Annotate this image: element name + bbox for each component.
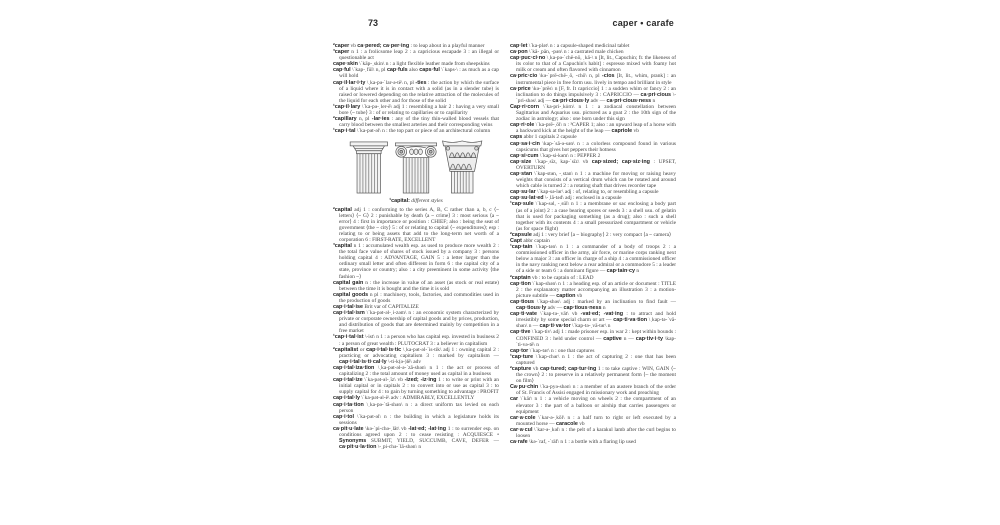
headword: cap·i·tal·ly — [333, 395, 360, 401]
text-columns: ²caper vb ca·pered; ca·per·ing : to leap… — [333, 43, 676, 521]
ionic-capital-icon — [395, 143, 436, 193]
capital-illustration: ¹capital: different styles — [333, 138, 499, 204]
dictionary-entry: car·a·cole \ˈkar-ə-ˌkōl\ n : a half turn… — [510, 415, 676, 427]
headword: cap·i·tal·ise — [333, 304, 363, 310]
right-column: cap·let \ˈka-plət\ n : a capsule-shaped … — [510, 43, 676, 521]
dictionary-entry: cap·i·tal·ism \ˈka-pət-əl-ˌi-zəm\ n : an… — [333, 310, 499, 334]
headword: car·a·cul — [510, 427, 532, 433]
headword: cap·i·ta·tion — [333, 402, 364, 408]
dictionary-entry: car \ˈkär\ n 1 : a vehicle moving on whe… — [510, 396, 676, 414]
dictionary-entry: ¹cap·il·lary \ˈka-pə-ˌler-ē\ adj 1 : res… — [333, 104, 499, 116]
headword: cap·i·tal·ize — [333, 377, 363, 383]
dictionary-entry: cap·i·tol \ˈka-pət-əl\ n : the building … — [333, 414, 499, 426]
headword: ¹cap·tain — [510, 244, 532, 250]
dictionary-entry: cap·i·tal·iza·tion \ˌka-pət-əl-ə-ˈzā-shə… — [333, 365, 499, 377]
headword: capital goods — [333, 292, 368, 298]
headword: cap·tive — [510, 329, 530, 335]
caption-headword: ¹capital: — [389, 198, 410, 204]
headword: cap·sa·i·cin — [510, 141, 540, 147]
dictionary-entry: ²capital adj 1 : conforming to the serie… — [333, 207, 499, 244]
dictionary-entry: cap·sa·i·cin \kap-ˈsā-ə-sən\ n : a color… — [510, 141, 676, 153]
dictionary-entry: ²capitalist or cap·i·tal·is·tic \ˌka-pət… — [333, 347, 499, 365]
headword: ²capsule — [510, 232, 532, 238]
headword: ca·pit·u·late — [333, 426, 364, 432]
headword: cap·let — [510, 43, 527, 49]
headword: cap·il·lar·i·ty — [333, 80, 365, 86]
headword: capital gain — [333, 280, 363, 286]
headword: cap·si·cum — [510, 153, 538, 159]
dictionary-entry: ca·pit·u·late \kə-ˈpi-chə-ˌlāt\ vb -lat·… — [333, 426, 499, 450]
dictionary-entry: ca·rafe \kə-ˈraf, -ˈräf\ n 1 : a bottle … — [510, 439, 676, 445]
dictionary-entry: ²capillary n, pl -lar·ies : any of the t… — [333, 116, 499, 128]
headword: cap·stan — [510, 171, 532, 177]
headword: cap·tion — [510, 281, 531, 287]
dictionary-entry: Ca·pu·chin \ˈka-pyə-shən\ n : a member o… — [510, 384, 676, 396]
dictionary-entry: ¹cap·sule \ˈkap-səl, -ˌsül\ n 1 : a memb… — [510, 201, 676, 231]
dictionary-entry: cap·ri·ole \ˈka-prē-ˌōl\ n : ³CAPER 1; a… — [510, 122, 676, 134]
headword: caps — [510, 134, 522, 140]
dictionary-entry: ca·pric·cio \kə-ˈprē-chē-ˌō, -chō\ n, pl… — [510, 73, 676, 85]
dictionary-entry: ³capital n 1 : accumulated wealth esp. a… — [333, 243, 499, 280]
headword: ²capital — [333, 207, 352, 213]
dictionary-entry: cap·puc·ci·no \ˌka-pə-ˈchē-nō, ˌkä-\ n [… — [510, 55, 676, 73]
dictionary-page: 73 caper • carafe ²caper vb ca·pered; ca… — [333, 0, 677, 525]
dictionary-entry: Cap·ri·corn \ˈka-pri-ˌkȯrn\ n 1 : a zodi… — [510, 104, 676, 122]
dictionary-entry: ²capture vb cap·tured; cap·tur·ing 1 : t… — [510, 366, 676, 384]
corinthian-capital-icon — [443, 141, 482, 193]
headword: ¹cap·il·lary — [333, 104, 360, 110]
dictionary-entry: cap·tious \ˈkap-shəs\ adj : marked by an… — [510, 299, 676, 311]
left-column: ²caper vb ca·pered; ca·per·ing : to leap… — [333, 43, 499, 521]
headword: ²capillary — [333, 116, 357, 122]
left-column-top-entries: ²caper vb ca·pered; ca·per·ing : to leap… — [333, 43, 499, 134]
dictionary-entry: cap·ful \ˈkap-ˌfül\ n, pl cap·fuls also … — [333, 67, 499, 79]
headword: Ca·pu·chin — [510, 384, 538, 390]
page-number: 73 — [368, 18, 378, 28]
dictionary-entry: cap·i·tal·ize \ˈka-pət-əl-ˌīz\ vb -ized;… — [333, 377, 499, 395]
headword: cap·ti·vate — [510, 311, 537, 317]
headword: ¹cap·i·tal·ist — [333, 334, 364, 340]
headword: cap·i·tal·iza·tion — [333, 365, 374, 371]
headword: car·a·cole — [510, 415, 535, 421]
left-column-bottom-entries: ²capital adj 1 : conforming to the serie… — [333, 207, 499, 451]
dictionary-entry: ¹cap·ture \ˈkap-chər\ n 1 : the act of c… — [510, 354, 676, 366]
headword: cap·size — [510, 159, 531, 165]
dictionary-entry: ca·price \kə-ˈprēs\ n [F, fr. It capricc… — [510, 86, 676, 104]
headword: cap·i·tal·ism — [333, 310, 365, 316]
dictionary-entry: cap·tive \ˈkap-tiv\ adj 1 : made prisone… — [510, 329, 676, 347]
dictionary-entry: ¹cap·tain \ˈkap-tən\ n 1 : a commander o… — [510, 244, 676, 274]
dictionary-entry: cap·il·lar·i·ty \ˌka-pə-ˈlar-ə-tē\ n, pl… — [333, 80, 499, 104]
headword: ca·pric·cio — [510, 73, 537, 79]
column-capitals-drawing — [347, 138, 485, 195]
headword: cap·ri·ole — [510, 122, 534, 128]
headword: ¹cap·i·tal — [333, 128, 355, 134]
dictionary-entry: ¹cap·i·tal·ist \-ist\ n 1 : a person who… — [333, 334, 499, 346]
dictionary-entry: cap·i·ta·tion \ˌka-pə-ˈtā-shən\ n : a di… — [333, 402, 499, 414]
dictionary-entry: ¹cap·i·tal \ˈka-pət-əl\ n : the top part… — [333, 128, 499, 134]
dictionary-entry: cap·size \ˈkap-ˌsīz, kap-ˈsīz\ vb cap·si… — [510, 159, 676, 171]
dictionary-entry: ³caper n 1 : a frolicsome leap 2 : a cap… — [333, 49, 499, 61]
doric-capital-icon — [350, 142, 387, 193]
page-header: 73 caper • carafe — [333, 18, 677, 31]
headword: ²capture — [510, 366, 531, 372]
headword: cap·ful — [333, 67, 351, 73]
guide-words: caper • carafe — [613, 18, 675, 28]
headword: cap·i·tol — [333, 414, 354, 420]
headword: car — [510, 396, 518, 402]
headword: ca·price — [510, 86, 531, 92]
caption-text: different styles — [410, 198, 443, 204]
headword: ³capital — [333, 243, 352, 249]
right-column-entries: cap·let \ˈka-plət\ n : a capsule-shaped … — [510, 43, 676, 445]
dictionary-entry: capital goods n pl : machinery, tools, f… — [333, 292, 499, 304]
dictionary-entry: car·a·cul \ˈkar-ə-ˌkəl\ n : the pelt of … — [510, 427, 676, 439]
headword: cap·tor — [510, 348, 528, 354]
illustration-caption: ¹capital: different styles — [333, 198, 499, 205]
headword: ³caper — [333, 49, 349, 55]
dictionary-entry: cap·ti·vate \ˈkap-tə-ˌvāt\ vb -vat·ed; -… — [510, 311, 676, 329]
headword: cap·su·lat·ed — [510, 195, 544, 201]
headword: Cap·ri·corn — [510, 104, 539, 110]
headword: cap·puc·ci·no — [510, 55, 545, 61]
dictionary-entry: capital gain n : the increase in value o… — [333, 280, 499, 292]
headword: ¹cap·ture — [510, 354, 533, 360]
headword: ²captain — [510, 275, 531, 281]
headword: cap·su·lar — [510, 189, 536, 195]
headword: ²capitalist — [333, 347, 358, 353]
headword: cap·tious — [510, 299, 534, 305]
headword: ¹cap·sule — [510, 201, 534, 207]
dictionary-entry: cap·tion \ˈkap-shən\ n 1 : a heading esp… — [510, 281, 676, 299]
dictionary-entry: cap·stan \ˈkap-stən, -ˌstan\ n 1 : a mac… — [510, 171, 676, 189]
headword: ca·rafe — [510, 439, 528, 445]
